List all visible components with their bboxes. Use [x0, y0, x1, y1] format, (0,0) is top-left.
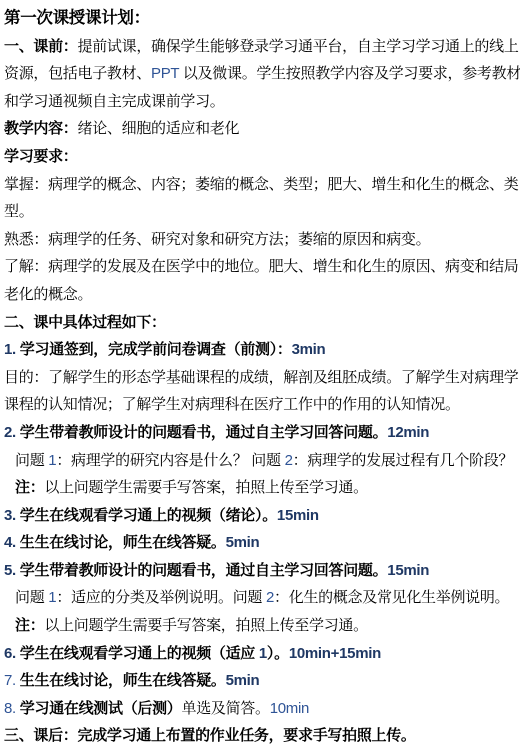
text-segment: 单选及简答。 — [182, 700, 270, 717]
text-segment: ：病理学的研究内容是什么？ 问题 — [56, 452, 284, 469]
text-line: 熟悉：病理学的任务、研究对象和研究方法；萎缩的原因和病变。 — [4, 226, 518, 254]
text-segment: 一、课前： — [4, 38, 78, 55]
text-segment: 2. — [4, 424, 16, 441]
text-line: 1. 学习通签到，完成学前问卷调查（前测）：3min — [4, 336, 518, 364]
text-segment: 掌握：病理学的概念、内容；萎缩的概念、类型；肥大、增生和化生的概念、类 — [4, 176, 519, 193]
text-segment: 15min — [277, 507, 319, 524]
text-segment: 教学内容： — [4, 120, 78, 137]
text-segment: 二、课中具体过程如下： — [4, 314, 166, 331]
text-segment: 3. — [4, 507, 16, 524]
text-segment: 老化的概念。 — [4, 286, 92, 303]
text-segment: 学生在线观看学习通上的视频（适应 — [16, 645, 259, 662]
text-segment: ：化生的概念及常见化生举例说明。 — [274, 589, 509, 606]
text-segment: 以及微课。学生按照教学内容及学习要求，参考教材 — [179, 65, 520, 82]
text-segment: 三、课后：完成学习通上布置的作业任务，要求手写拍照上传。 — [4, 727, 416, 744]
text-line: 3. 学生在线观看学习通上的视频（绪论）。15min — [4, 502, 518, 530]
text-line: 一、课前：提前试课，确保学生能够登录学习通平台，自主学习学习通上的线上 — [4, 33, 518, 61]
text-segment: 8. — [4, 700, 16, 717]
text-segment: 6. — [4, 645, 16, 662]
text-segment: 注： — [15, 617, 44, 634]
text-line: 2. 学生带着教师设计的问题看书，通过自主学习回答问题。12min — [4, 419, 518, 447]
text-segment: 10min — [270, 700, 309, 717]
text-segment: 熟悉：病理学的任务、研究对象和研究方法；萎缩的原因和病变。 — [4, 231, 430, 248]
text-segment: 5min — [226, 672, 260, 689]
text-segment: 型。 — [4, 203, 33, 220]
text-segment: 第一次课授课计划： — [4, 9, 150, 27]
text-line: 5. 学生带着教师设计的问题看书，通过自主学习回答问题。15min — [4, 557, 518, 585]
text-segment: 生生在线讨论，师生在线答疑。 — [16, 534, 226, 551]
text-segment: 10min+15min — [289, 645, 381, 662]
text-line: 4. 生生在线讨论，师生在线答疑。5min — [4, 529, 518, 557]
text-segment: 5min — [226, 534, 260, 551]
text-segment: 学生在线观看学习通上的视频（绪论）。 — [16, 507, 277, 524]
text-line: 学习要求： — [4, 143, 518, 171]
text-line: 二、课中具体过程如下： — [4, 309, 518, 337]
text-segment: 注： — [15, 479, 44, 496]
document-body: 第一次课授课计划：一、课前：提前试课，确保学生能够登录学习通平台，自主学习学习通… — [4, 5, 518, 750]
text-segment: 学习通签到，完成学前问卷调查（前测）： — [16, 341, 292, 358]
text-segment: 课程的认知情况；了解学生对病理科在医疗工作中的作用的认知情况。 — [4, 396, 460, 413]
text-line: 老化的概念。 — [4, 281, 518, 309]
text-segment: 5. — [4, 562, 16, 579]
text-line: 问题 1：病理学的研究内容是什么？ 问题 2：病理学的发展过程有几个阶段？ — [4, 447, 518, 475]
text-segment: 7. — [4, 672, 16, 689]
text-segment: 15min — [387, 562, 429, 579]
text-segment: 学习通在线测试（后测） — [16, 700, 182, 717]
text-segment: 了解：病理学的发展及在医学中的地位。肥大、增生和化生的原因、病变和结局； — [4, 258, 520, 275]
text-segment: 学生带着教师设计的问题看书，通过自主学习回答问题。 — [16, 562, 387, 579]
text-segment: 4. — [4, 534, 16, 551]
text-segment: 绪论、细胞的适应和老化 — [78, 120, 240, 137]
text-line: 了解：病理学的发展及在医学中的地位。肥大、增生和化生的原因、病变和结局； — [4, 253, 518, 281]
text-segment: 2 — [266, 589, 274, 606]
text-segment: 目的：了解学生的形态学基础课程的成绩，解剖及组胚成绩。了解学生对病理学 — [4, 369, 519, 386]
text-line: 目的：了解学生的形态学基础课程的成绩，解剖及组胚成绩。了解学生对病理学 — [4, 364, 518, 392]
document-page: 第一次课授课计划：一、课前：提前试课，确保学生能够登录学习通平台，自主学习学习通… — [0, 0, 520, 752]
text-line: 注：以上问题学生需要手写答案，拍照上传至学习通。 — [4, 612, 518, 640]
text-line: 资源，包括电子教材、PPT 以及微课。学生按照教学内容及学习要求，参考教材 — [4, 60, 518, 88]
text-segment: 1. — [4, 341, 16, 358]
text-segment: 和学习通视频自主完成课前学习。 — [4, 93, 225, 110]
text-line: 教学内容：绪论、细胞的适应和老化 — [4, 115, 518, 143]
text-segment: 资源，包括电子教材、 — [4, 65, 151, 82]
text-segment: PPT — [151, 65, 179, 82]
text-segment: 1 — [259, 645, 267, 662]
text-line: 和学习通视频自主完成课前学习。 — [4, 88, 518, 116]
text-segment: ：病理学的发展过程有几个阶段？ — [293, 452, 514, 469]
text-segment: 以上问题学生需要手写答案，拍照上传至学习通。 — [44, 479, 367, 496]
text-line: 掌握：病理学的概念、内容；萎缩的概念、类型；肥大、增生和化生的概念、类 — [4, 171, 518, 199]
text-line: 三、课后：完成学习通上布置的作业任务，要求手写拍照上传。 — [4, 722, 518, 750]
text-segment: 问题 — [15, 589, 48, 606]
text-line: 8. 学习通在线测试（后测）单选及简答。10min — [4, 695, 518, 723]
text-segment: ）。 — [267, 645, 289, 662]
text-segment: 提前试课，确保学生能够登录学习通平台，自主学习学习通上的线上 — [78, 38, 519, 55]
text-segment: 以上问题学生需要手写答案，拍照上传至学习通。 — [44, 617, 367, 634]
text-segment: 学生带着教师设计的问题看书，通过自主学习回答问题。 — [16, 424, 387, 441]
text-segment: 问题 — [15, 452, 48, 469]
text-segment: 12min — [387, 424, 429, 441]
text-segment: 2 — [285, 452, 293, 469]
text-segment: 学习要求： — [4, 148, 78, 165]
text-line: 注：以上问题学生需要手写答案，拍照上传至学习通。 — [4, 474, 518, 502]
text-segment: 生生在线讨论，师生在线答疑。 — [16, 672, 226, 689]
document-title: 第一次课授课计划： — [4, 5, 518, 33]
text-line: 型。 — [4, 198, 518, 226]
text-segment: 3min — [292, 341, 326, 358]
text-line: 6. 学生在线观看学习通上的视频（适应 1）。10min+15min — [4, 640, 518, 668]
text-segment: ：适应的分类及举例说明。问题 — [56, 589, 266, 606]
text-line: 7. 生生在线讨论，师生在线答疑。5min — [4, 667, 518, 695]
text-line: 课程的认知情况；了解学生对病理科在医疗工作中的作用的认知情况。 — [4, 391, 518, 419]
text-line: 问题 1：适应的分类及举例说明。问题 2：化生的概念及常见化生举例说明。 — [4, 584, 518, 612]
